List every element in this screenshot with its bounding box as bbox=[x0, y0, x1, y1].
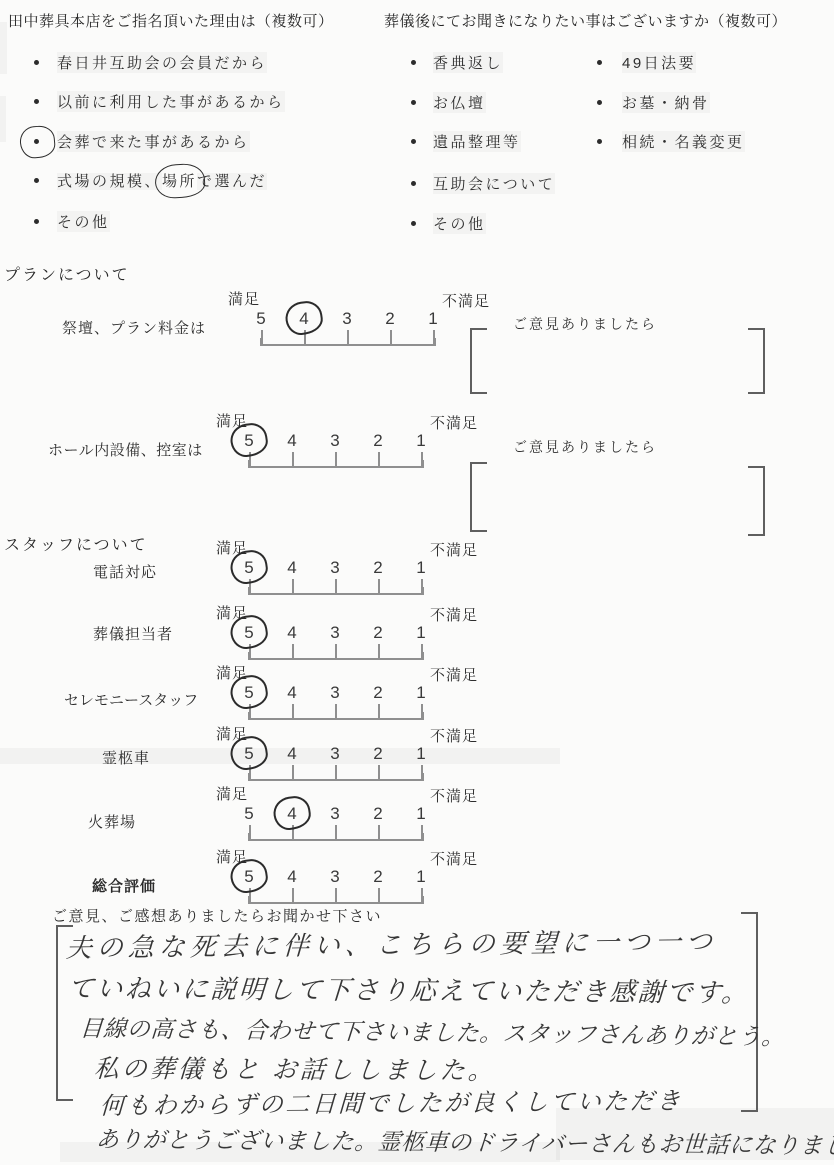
comments-bracket-right bbox=[741, 912, 758, 1112]
rating-numbers: 5 4 3 2 1 bbox=[240, 804, 430, 824]
rating-number: 4 bbox=[283, 804, 301, 824]
scale-baseline bbox=[248, 779, 424, 781]
rating-numbers: 5 4 3 2 1 bbox=[240, 431, 430, 451]
rating-row-label: 火葬場 bbox=[88, 811, 136, 832]
scale-baseline bbox=[260, 344, 436, 346]
rating-number: 3 bbox=[326, 744, 344, 764]
dissatisfied-label: 不満足 bbox=[430, 412, 478, 433]
dissatisfied-label: 不満足 bbox=[442, 290, 490, 311]
rating-number: 5 bbox=[240, 623, 258, 643]
rating-scale: 満足 不満足 5 4 3 2 1 bbox=[212, 783, 482, 845]
dissatisfied-label: 不満足 bbox=[430, 539, 478, 560]
rating-numbers: 5 4 3 2 1 bbox=[240, 623, 430, 643]
rating-number: 1 bbox=[412, 558, 430, 578]
rating-number: 2 bbox=[369, 558, 387, 578]
rating-scale: 満足 不満足 5 4 3 2 1 bbox=[224, 288, 494, 350]
handwritten-line: 夫の急な死去に伴い、こちらの要望に一つ一つ bbox=[65, 921, 718, 965]
bullet-icon bbox=[34, 178, 39, 183]
pen-circled-word: 場所 bbox=[162, 170, 197, 191]
bullet-icon bbox=[411, 60, 416, 65]
rating-number: 1 bbox=[424, 309, 442, 329]
rating-number: 1 bbox=[412, 867, 430, 887]
rating-numbers: 5 4 3 2 1 bbox=[240, 683, 430, 703]
rating-number: 2 bbox=[369, 744, 387, 764]
rating-number: 5 bbox=[240, 867, 258, 887]
rating-number: 4 bbox=[283, 558, 301, 578]
bullet-icon bbox=[34, 219, 39, 224]
comment-bracket-right bbox=[748, 466, 765, 536]
bullet-icon bbox=[597, 139, 602, 144]
dissatisfied-label: 不満足 bbox=[430, 664, 478, 685]
after-funeral-item: お墓・納骨 bbox=[622, 92, 710, 113]
rating-scale: 満足 不満足 5 4 3 2 1 bbox=[212, 723, 482, 785]
after-funeral-item: 49日法要 bbox=[622, 52, 696, 73]
rating-numbers: 5 4 3 2 1 bbox=[240, 867, 430, 887]
rating-number: 5 bbox=[240, 683, 258, 703]
rating-scale: 満足 不満足 5 4 3 2 1 bbox=[212, 662, 482, 724]
rating-numbers: 5 4 3 2 1 bbox=[240, 558, 430, 578]
rating-number: 3 bbox=[326, 683, 344, 703]
rating-number: 1 bbox=[412, 683, 430, 703]
bullet-icon bbox=[34, 99, 39, 104]
rating-number: 3 bbox=[326, 558, 344, 578]
plan-section-title: プランについて bbox=[4, 262, 130, 285]
rating-row-label: セレモニースタッフ bbox=[64, 689, 198, 710]
scale-baseline bbox=[248, 658, 424, 660]
rating-number: 5 bbox=[240, 558, 258, 578]
bullet-icon bbox=[34, 60, 39, 65]
rating-row-label: 葬儀担当者 bbox=[93, 623, 173, 644]
rating-row-label-overall: 総合評価 bbox=[92, 875, 156, 896]
reason-item: 春日井互助会の会員だから bbox=[57, 52, 267, 73]
comment-bracket-left bbox=[470, 328, 487, 394]
rating-number: 5 bbox=[240, 744, 258, 764]
rating-number: 3 bbox=[326, 804, 344, 824]
pen-circle-annotation bbox=[19, 125, 57, 160]
rating-number: 5 bbox=[240, 431, 258, 451]
after-funeral-section-title: 葬儀後にてお聞きになりたい事はございますか（複数可） bbox=[384, 10, 787, 31]
rating-number: 4 bbox=[283, 683, 301, 703]
rating-number: 4 bbox=[283, 431, 301, 451]
reason-item: 以前に利用した事があるから bbox=[57, 91, 285, 112]
after-funeral-item: 遺品整理等 bbox=[433, 131, 521, 152]
rating-number: 4 bbox=[283, 623, 301, 643]
bullet-icon bbox=[411, 100, 416, 105]
rating-number: 3 bbox=[326, 623, 344, 643]
rating-number: 1 bbox=[412, 431, 430, 451]
rating-row-label: 電話対応 bbox=[93, 561, 157, 582]
rating-row-label: 祭壇、プラン料金は bbox=[62, 317, 206, 338]
reasons-section-title: 田中葬具本店をご指名頂いた理由は（複数可） bbox=[8, 10, 334, 31]
rating-numbers: 5 4 3 2 1 bbox=[240, 744, 430, 764]
rating-number: 4 bbox=[295, 309, 313, 329]
dissatisfied-label: 不満足 bbox=[430, 604, 478, 625]
scanned-survey-page: 田中葬具本店をご指名頂いた理由は（複数可） 葬儀後にてお聞きになりたい事はござい… bbox=[0, 0, 834, 1165]
after-funeral-item: 互助会について bbox=[433, 173, 555, 194]
comment-area-label: ご意見ありましたら bbox=[513, 437, 657, 457]
scale-baseline bbox=[248, 839, 424, 841]
rating-number: 1 bbox=[412, 623, 430, 643]
handwritten-line: 私の葬儀もと お話ししました。 bbox=[93, 1049, 497, 1087]
satisfied-label: 満足 bbox=[216, 783, 248, 804]
rating-number: 4 bbox=[283, 744, 301, 764]
rating-number: 2 bbox=[369, 623, 387, 643]
rating-number: 5 bbox=[252, 309, 270, 329]
comment-bracket-left bbox=[470, 462, 487, 532]
rating-numbers: 5 4 3 2 1 bbox=[252, 309, 442, 329]
comments-prompt: ご意見、ご感想ありましたらお聞かせ下さい bbox=[52, 905, 382, 926]
reason-item: 式場の規模、場所で選んだ bbox=[57, 170, 267, 191]
rating-number: 2 bbox=[369, 683, 387, 703]
handwritten-line: 目線の高さも、合わせて下さいました。スタッフさんありがとう。 bbox=[79, 1010, 786, 1052]
rating-number: 1 bbox=[412, 744, 430, 764]
comment-area-label: ご意見ありましたら bbox=[513, 314, 657, 334]
scale-baseline bbox=[248, 593, 424, 595]
dissatisfied-label: 不満足 bbox=[430, 725, 478, 746]
rating-number: 2 bbox=[369, 804, 387, 824]
handwritten-line: ていねいに説明して下さり応えていただき感謝です。 bbox=[67, 968, 751, 1010]
rating-number: 5 bbox=[240, 804, 258, 824]
scale-baseline bbox=[248, 902, 424, 904]
scale-baseline bbox=[248, 718, 424, 720]
after-funeral-item: 香典返し bbox=[433, 52, 503, 73]
rating-row-label: ホール内設備、控室は bbox=[48, 439, 203, 460]
rating-scale: 満足 不満足 5 4 3 2 1 bbox=[212, 602, 482, 664]
rating-number: 2 bbox=[369, 867, 387, 887]
rating-number: 2 bbox=[369, 431, 387, 451]
comment-bracket-right bbox=[748, 328, 765, 394]
scan-artifact bbox=[0, 96, 6, 142]
handwritten-line: ありがとうございました。霊柩車のドライバーさんもお世話になりました。 bbox=[95, 1121, 834, 1161]
rating-scale: 満足 不満足 5 4 3 2 1 bbox=[212, 846, 482, 908]
dissatisfied-label: 不満足 bbox=[430, 785, 478, 806]
rating-number: 3 bbox=[326, 867, 344, 887]
after-funeral-item: その他 bbox=[433, 213, 486, 234]
reason-item: 会葬で来た事があるから bbox=[57, 131, 250, 152]
rating-number: 3 bbox=[326, 431, 344, 451]
handwritten-line: 何もわからずの二日間でしたが良くしていただき bbox=[99, 1081, 684, 1121]
dissatisfied-label: 不満足 bbox=[430, 848, 478, 869]
bullet-icon bbox=[597, 60, 602, 65]
satisfied-label: 満足 bbox=[228, 288, 260, 309]
reason-item-text: 式場の規模、 bbox=[57, 173, 162, 190]
reason-item-text: で選んだ bbox=[197, 173, 267, 190]
scan-artifact bbox=[0, 22, 7, 74]
rating-number: 3 bbox=[338, 309, 356, 329]
bullet-icon bbox=[411, 139, 416, 144]
after-funeral-item: お仏壇 bbox=[433, 92, 486, 113]
rating-scale: 満足 不満足 5 4 3 2 1 bbox=[212, 537, 482, 599]
scale-baseline bbox=[248, 466, 424, 468]
bullet-icon bbox=[411, 181, 416, 186]
after-funeral-item: 相続・名義変更 bbox=[622, 131, 745, 152]
rating-row-label: 霊柩車 bbox=[102, 747, 150, 768]
rating-scale: 満足 不満足 5 4 3 2 1 bbox=[212, 410, 482, 472]
reason-item: その他 bbox=[57, 211, 110, 232]
rating-number: 1 bbox=[412, 804, 430, 824]
bullet-icon bbox=[411, 221, 416, 226]
staff-section-title: スタッフについて bbox=[4, 532, 148, 555]
bullet-icon bbox=[597, 100, 602, 105]
rating-number: 2 bbox=[381, 309, 399, 329]
rating-number: 4 bbox=[283, 867, 301, 887]
